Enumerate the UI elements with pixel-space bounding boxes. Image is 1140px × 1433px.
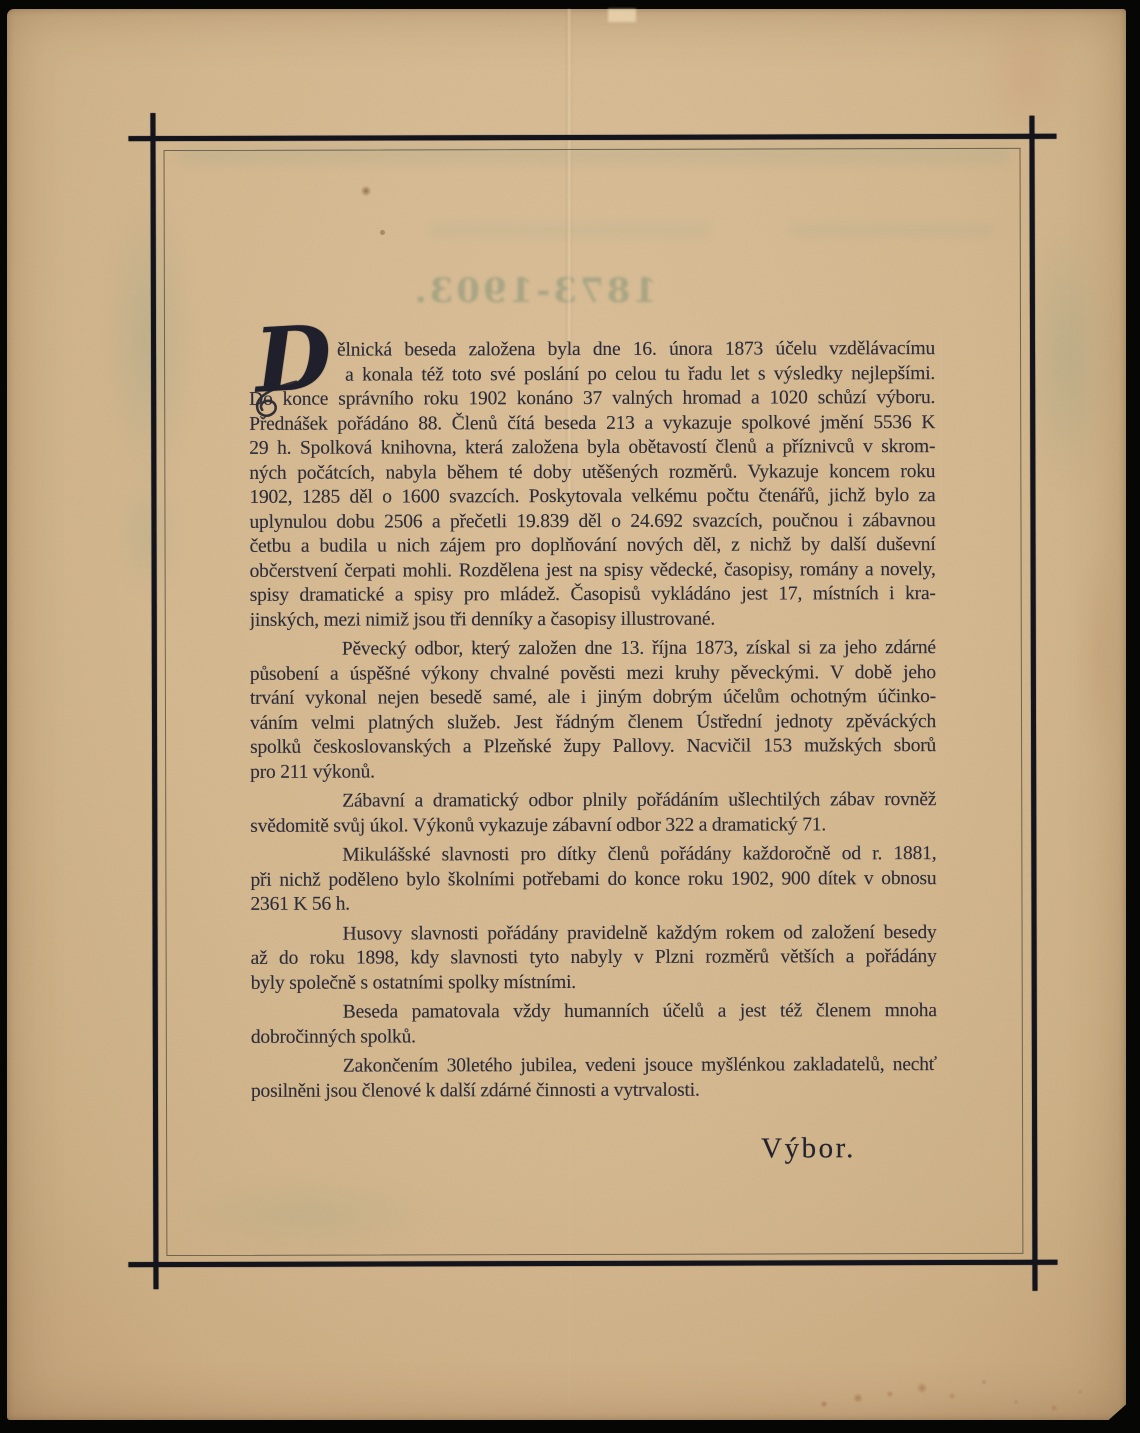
printed-content: D ělnická beseda založena byla dne 16. ú… [0, 0, 1140, 1433]
paragraph: Husovy slavnosti pořádány pravidelně kaž… [251, 921, 937, 996]
scan-background: { "document": { "language": "cs", "drop_… [0, 0, 1140, 1433]
text-line: 2361 K 56 h. [250, 891, 936, 917]
text-line: a konala též toto své poslání po celou t… [249, 362, 935, 388]
paragraph: Zábavní a dramatický odbor plnily pořádá… [250, 788, 936, 839]
text-line: ných počátcích, nabyla během té doby utě… [249, 460, 935, 486]
text-line: Do konce správního roku 1902 konáno 37 v… [249, 386, 935, 412]
text-line: svědomitě svůj úkol. Výkonů vykazuje záb… [250, 813, 936, 839]
text-line: Mikulášské slavnosti pro dítky členů poř… [250, 842, 936, 868]
paragraph: Beseda pamatovala vždy humanních účelů a… [251, 999, 937, 1050]
text-line: váním velmi platných služeb. Jest řádným… [250, 710, 936, 736]
text-line: spolků českoslovanských a Plzeňské župy … [250, 734, 936, 760]
text-line: uplynulou dobu 2506 a přečetli 19.839 dě… [249, 509, 935, 535]
text-line: Zábavní a dramatický odbor plnily pořádá… [250, 788, 936, 814]
border-rule-bottom [128, 1260, 1057, 1267]
text-line: ělnická beseda založena byla dne 16. úno… [249, 337, 935, 363]
paragraph: ělnická beseda založena byla dne 16. úno… [249, 337, 936, 633]
text-line: 29 h. Spolková knihovna, která založena … [249, 435, 935, 461]
text-line: až do roku 1898, kdy slavnosti tyto naby… [251, 945, 937, 971]
text-line: Zakončením 30letého jubilea, vedeni jsou… [251, 1053, 937, 1079]
paragraph: Mikulášské slavnosti pro dítky členů poř… [250, 842, 936, 917]
text-line: spisy dramatické a spisy pro mládež. Čas… [250, 582, 936, 608]
border-rule-right [1029, 116, 1037, 1291]
text-line: byly společně s ostatními spolky místním… [251, 970, 937, 996]
paragraph: Zakončením 30letého jubilea, vedeni jsou… [251, 1053, 937, 1104]
document-body: ělnická beseda založena byla dne 16. úno… [249, 337, 937, 1109]
text-line: Husovy slavnosti pořádány pravidelně kaž… [251, 921, 937, 947]
paragraph: Pěvecký odbor, který založen dne 13. říj… [250, 636, 936, 785]
text-line: občerstvení čerpati mohli. Rozdělena jes… [250, 558, 936, 584]
text-line: četbu a budila u nich zájem pro doplňová… [250, 533, 936, 559]
text-line: působení a úspěšné výkony chvalné pověst… [250, 661, 936, 687]
text-line: při nichž poděleno bylo školními potřeba… [250, 867, 936, 893]
text-line: Pěvecký odbor, který založen dne 13. říj… [250, 636, 936, 662]
text-line: posilněni jsou členové k další zdárné či… [251, 1078, 937, 1104]
border-rule-left [150, 113, 158, 1289]
text-line: trvání vykonal nejen besedě samé, ale i … [250, 685, 936, 711]
border-rule-top [128, 134, 1056, 141]
text-line: jinských, mezi nimiž jsou tři denníky a … [250, 607, 936, 633]
text-line: Beseda pamatovala vždy humanních účelů a… [251, 999, 937, 1025]
signature-vybor: Výbor. [761, 1132, 856, 1165]
text-line: Přednášek pořádáno 88. Členů čítá beseda… [249, 411, 935, 437]
text-line: dobročinných spolků. [251, 1024, 937, 1050]
text-line: 1902, 1285 děl o 1600 svazcích. Poskytov… [249, 484, 935, 510]
text-line: pro 211 výkonů. [250, 759, 936, 785]
